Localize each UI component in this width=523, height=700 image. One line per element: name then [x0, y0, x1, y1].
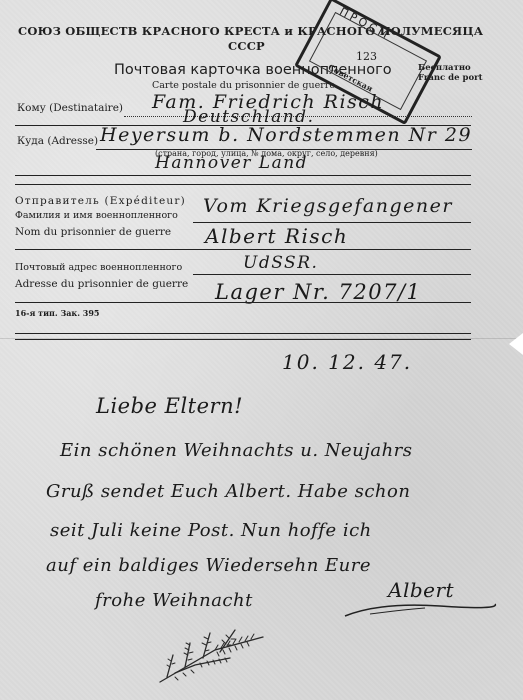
sender-label: Отправитель (Expéditeur) — [15, 195, 186, 207]
sender-address-line2: Lager Nr. 7207/1 — [215, 280, 421, 304]
printer-note: 16-я тип. Зак. 395 — [15, 308, 99, 318]
card-title-fr: Carte postale du prisonnier de guerre — [152, 80, 335, 91]
letter-line-4: auf ein baldiges Wiedersehn Eure — [46, 555, 371, 576]
org-line-2: СССР — [228, 39, 265, 53]
sender-address-line1: UdSSR. — [243, 253, 318, 273]
sender-name-line1: Vom Kriegsgefangener — [203, 195, 453, 217]
signature-flourish — [340, 600, 500, 620]
letter-line-3: seit Juli keine Post. Nun hoffe ich — [50, 520, 372, 541]
signature: Albert — [388, 578, 454, 602]
postcard: СОЮЗ ОБЩЕСТВ КРАСНОГО КРЕСТА и КРАСНОГО … — [0, 0, 523, 700]
pine-sprig-icon — [155, 625, 270, 685]
org-line-1: СОЮЗ ОБЩЕСТВ КРАСНОГО КРЕСТА и КРАСНОГО … — [18, 24, 483, 38]
sender-name-line2: Albert Risch — [205, 224, 348, 248]
fold-line — [0, 338, 523, 339]
letter-line-1: Ein schönen Weihnachts u. Neujahrs — [60, 440, 413, 461]
letter-date: 10. 12. 47. — [282, 350, 412, 374]
letter-line-2: Gruß sendet Euch Albert. Habe schon — [46, 481, 410, 502]
letter-greeting: Liebe Eltern! — [96, 394, 243, 418]
name-label-ru: Фамилия и имя военнопленного — [15, 210, 178, 221]
address-label-fr: Adresse du prisonnier de guerre — [15, 278, 188, 290]
address-value: Heyersum b. Nordstemmen Nr 29 — [100, 124, 472, 146]
stamp-number: 123 — [356, 50, 377, 63]
to-label: Кому (Destinataire) — [17, 102, 123, 114]
address-label: Куда (Adresse) — [17, 135, 98, 147]
address-label-ru: Почтовый адрес военнопленного — [15, 262, 182, 273]
name-label-fr: Nom du prisonnier de guerre — [15, 226, 171, 238]
letter-line-5: frohe Weihnacht — [95, 590, 253, 611]
region-value: Hannover Land — [155, 153, 308, 173]
torn-corner — [509, 333, 523, 355]
